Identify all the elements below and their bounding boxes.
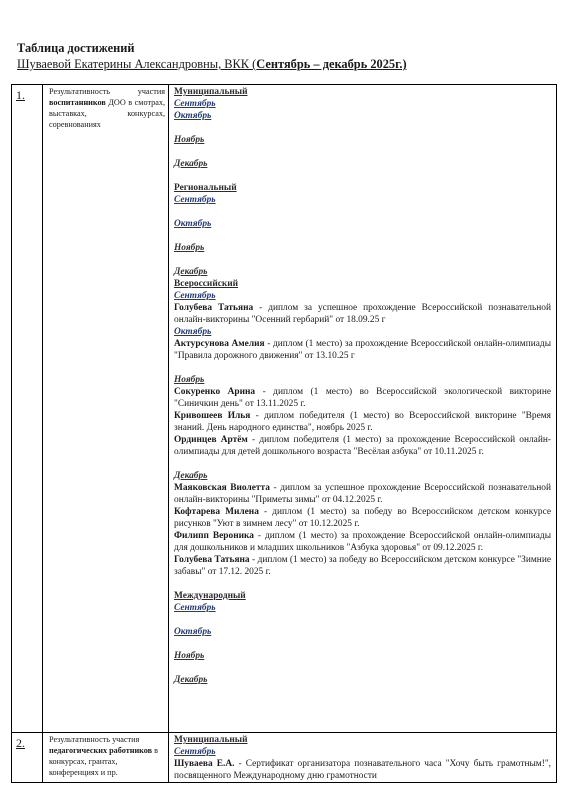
document-header: Таблица достижений Шуваевой Екатерины Ал… (17, 40, 407, 72)
month-october[interactable]: Октябрь (174, 218, 551, 230)
month-october[interactable]: Октябрь (174, 626, 551, 638)
month-november[interactable]: Ноябрь (174, 134, 551, 146)
level-municipal: Муниципальный (174, 86, 551, 98)
document-title: Таблица достижений (17, 40, 407, 56)
list-item: Голубева Татьяна - диплом за успешное пр… (174, 302, 551, 326)
subtitle-period: Сентябрь – декабрь 2025г.) (256, 57, 406, 71)
month-september[interactable]: Сентябрь (174, 602, 551, 614)
category-text: Результативность участия воспитанников Д… (43, 85, 168, 131)
list-item: Маяковская Виолетта - диплом за успешное… (174, 482, 551, 506)
category-cell: Результативность участия педагогических … (43, 733, 169, 783)
category-bold: воспитанников (49, 98, 106, 107)
participant-name: Ординцев Артём (174, 435, 248, 445)
category-text: Результативность участия педагогических … (43, 733, 168, 779)
table-row: 1. Результативность участия воспитаннико… (12, 85, 557, 733)
month-september[interactable]: Сентябрь (174, 194, 551, 206)
participant-name: Актурсунова Амелия (174, 339, 265, 349)
month-october[interactable]: Октябрь (174, 326, 551, 338)
category-bold: педагогических работников (49, 746, 152, 755)
document-subtitle: Шуваевой Екатерины Александровны, ВКК (С… (17, 56, 407, 72)
list-item: Кривошеев Илья - диплом победителя (1 ме… (174, 410, 551, 434)
list-item: Шуваева Е.А. - Сертификат организатора п… (174, 758, 551, 782)
achievements-table: 1. Результативность участия воспитаннико… (11, 84, 557, 783)
month-november[interactable]: Ноябрь (174, 374, 551, 386)
category-prefix: Результативность участия (49, 735, 139, 744)
participant-name: Голубева Татьяна (174, 303, 253, 313)
month-december[interactable]: Декабрь (174, 470, 551, 482)
level-allrussian: Всероссийский (174, 278, 551, 290)
participant-name: Маяковская Виолетта (174, 483, 270, 493)
list-item: Филипп Вероника - диплом (1 место) за пр… (174, 530, 551, 554)
participant-name: Кофтарева Милена (174, 507, 259, 517)
row-number-cell: 2. (12, 733, 43, 783)
participant-name: Филипп Вероника (174, 531, 254, 541)
level-international: Международный (174, 590, 551, 602)
list-item: Ординцев Артём - диплом победителя (1 ме… (174, 434, 551, 458)
table-row: 2. Результативность участия педагогическ… (12, 733, 557, 783)
participant-name: Сокуренко Арина (174, 387, 255, 397)
participant-name: Голубева Татьяна (174, 555, 250, 565)
subtitle-name: Шуваевой Екатерины Александровны, ВКК ( (17, 57, 256, 71)
list-item: Сокуренко Арина - диплом (1 место) во Вс… (174, 386, 551, 410)
results-cell: Муниципальный Сентябрь Шуваева Е.А. - Се… (169, 733, 557, 783)
month-september[interactable]: Сентябрь (174, 290, 551, 302)
month-december[interactable]: Декабрь (174, 266, 551, 278)
list-item: Актурсунова Амелия - диплом (1 место) за… (174, 338, 551, 362)
month-december[interactable]: Декабрь (174, 158, 551, 170)
month-november[interactable]: Ноябрь (174, 242, 551, 254)
month-october[interactable]: Октябрь (174, 110, 551, 122)
list-item: Голубева Татьяна - диплом (1 место) за п… (174, 554, 551, 578)
category-cell: Результативность участия воспитанников Д… (43, 85, 169, 733)
month-september[interactable]: Сентябрь (174, 746, 551, 758)
participant-name: Шуваева Е.А. (174, 759, 234, 769)
level-municipal: Муниципальный (174, 734, 551, 746)
row-number: 2. (12, 733, 42, 750)
level-regional: Региональный (174, 182, 551, 194)
month-december[interactable]: Декабрь (174, 674, 551, 686)
row-number-cell: 1. (12, 85, 43, 733)
month-november[interactable]: Ноябрь (174, 650, 551, 662)
participant-name: Кривошеев Илья (174, 411, 250, 421)
category-prefix: Результативность участия (49, 87, 165, 96)
list-item: Кофтарева Милена - диплом (1 место) за п… (174, 506, 551, 530)
month-september[interactable]: Сентябрь (174, 98, 551, 110)
results-cell: Муниципальный Сентябрь Октябрь Ноябрь Де… (169, 85, 557, 733)
row-number: 1. (12, 85, 42, 102)
